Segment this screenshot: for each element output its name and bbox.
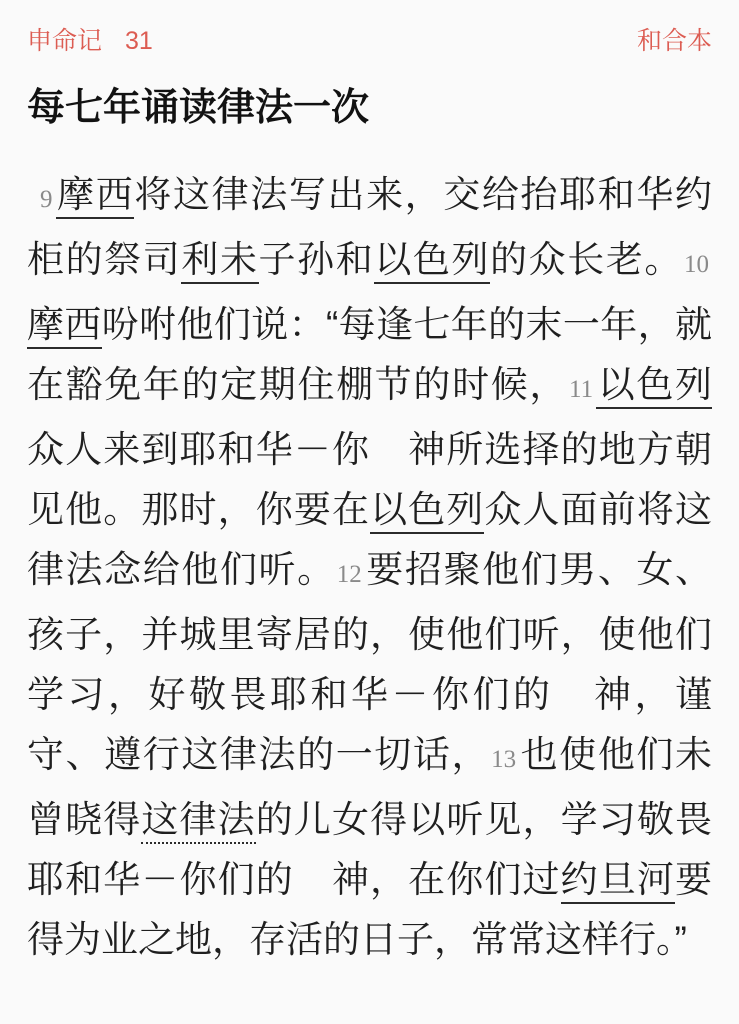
bible-reader-page: 申命记 31 和合本 每七年诵读律法一次 9摩西将这律法写出来，交给抬耶和华约柜… [0,0,739,970]
proper-noun-underlined: 以色列 [374,239,490,284]
proper-noun-underlined: 摩西 [27,304,102,349]
proper-noun-underlined: 以色列 [596,364,712,409]
chapter-number[interactable]: 31 [125,28,153,56]
text-run: 的众长老。 [490,239,683,280]
top-bar: 申命记 31 和合本 [0,0,739,56]
verse-number: 12 [337,561,362,588]
verse-number: 13 [491,746,516,773]
translation-name: 和合本 [637,27,712,55]
reading-area: 每七年诵读律法一次 9摩西将这律法写出来，交给抬耶和华约柜的祭司利未子孙和以色列… [0,89,739,971]
section-title: 每七年诵读律法一次 [27,89,712,129]
proper-noun-underlined: 利未 [181,239,258,284]
dotted-underlined-term: 这律法 [141,799,255,844]
proper-noun-underlined: 约旦河 [561,859,675,904]
book-name[interactable]: 申命记 [27,28,102,56]
verse-number: 11 [569,376,593,403]
book-chapter-selector[interactable]: 申命记 31 [27,28,153,56]
translation-selector[interactable]: 和合本 [637,28,712,56]
proper-noun-underlined: 以色列 [370,489,484,534]
verse-number: 10 [684,251,709,278]
text-run: 子孙和 [259,239,375,280]
passage-text[interactable]: 9摩西将这律法写出来，交给抬耶和华约柜的祭司利未子孙和以色列的众长老。10摩西吩… [27,165,712,970]
verse-number: 9 [40,186,53,213]
proper-noun-underlined: 摩西 [56,174,135,219]
